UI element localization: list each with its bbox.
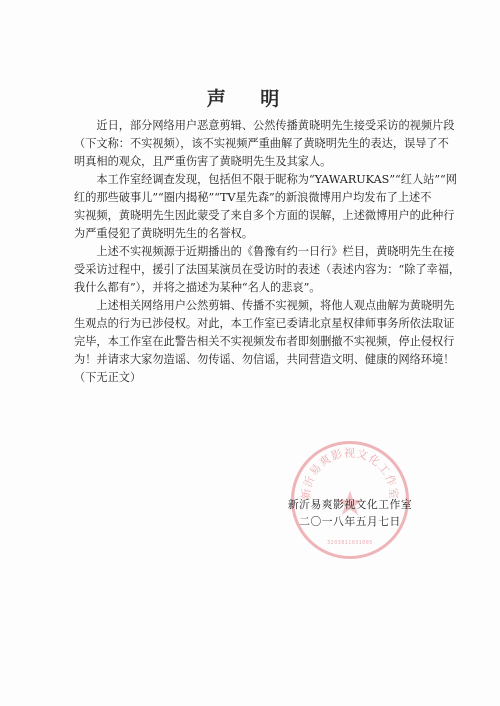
text-line: 明真相的观众，且严重伤害了黄晓明先生及其家人。 bbox=[74, 153, 432, 171]
text-line: 实视频，黄晓明先生因此蒙受了来自多个方面的误解，上述微博用户的此种行 bbox=[74, 207, 432, 225]
document-title: 声 明 bbox=[0, 84, 500, 111]
text-line: 为严重侵犯了黄晓明先生的名誉权。 bbox=[74, 225, 432, 243]
signature-organization: 新沂易爽影视文化工作室 bbox=[280, 497, 420, 512]
paragraph-3: 上述不实视频源于近期播出的《鲁豫有约一日行》栏目，黄晓明先生在接 受采访过程中，… bbox=[74, 243, 432, 297]
text-line: 生观点的行为已涉侵权。对此，本工作室已委请北京星权律师事务所依法取证 bbox=[74, 315, 432, 333]
end-of-text-note: （下无正文） bbox=[74, 369, 432, 387]
text-line: 受采访过程中，援引了法国某演员在受访时的表述（表述内容为：“除了幸福， bbox=[74, 261, 432, 279]
text-line: 本工作室经调查发现，包括但不限于昵称为“YAWARUKAS”“红人站”“网 bbox=[74, 171, 432, 189]
text-line: 红的那些破事儿”“圈内揭秘”“TV星先森”的新浪微博用户均发布了上述不 bbox=[74, 189, 432, 207]
paragraph-2: 本工作室经调查发现，包括但不限于昵称为“YAWARUKAS”“红人站”“网 红的… bbox=[74, 171, 432, 243]
paragraph-4: 上述相关网络用户公然剪辑、传播不实视频，将他人观点曲解为黄晓明先 生观点的行为已… bbox=[74, 297, 432, 369]
text-line: 上述相关网络用户公然剪辑、传播不实视频，将他人观点曲解为黄晓明先 bbox=[74, 297, 432, 315]
text-line: （下无正文） bbox=[74, 369, 432, 387]
text-line: 完毕，本工作室在此警告相关不实视频发布者即刻删撤不实视频，停止侵权行 bbox=[74, 333, 432, 351]
text-line: 我什么都有”），并将之描述为某种“名人的悲哀”。 bbox=[74, 279, 432, 297]
seal-code: 3203811031005 bbox=[294, 540, 406, 546]
document-page: 声 明 近日，部分网络用户恶意剪辑、公然传播黄晓明先生接受采访的视频片段 （下文… bbox=[0, 0, 500, 706]
paragraph-1: 近日，部分网络用户恶意剪辑、公然传播黄晓明先生接受采访的视频片段 （下文称：不实… bbox=[74, 117, 432, 171]
text-line: 上述不实视频源于近期播出的《鲁豫有约一日行》栏目，黄晓明先生在接 bbox=[74, 243, 432, 261]
text-line: 近日，部分网络用户恶意剪辑、公然传播黄晓明先生接受采访的视频片段 bbox=[74, 117, 432, 135]
document-body: 近日，部分网络用户恶意剪辑、公然传播黄晓明先生接受采访的视频片段 （下文称：不实… bbox=[74, 117, 432, 387]
signature-date: 二〇一八年五月七日 bbox=[280, 514, 420, 529]
text-line: （下文称：不实视频），该不实视频严重曲解了黄晓明先生的表达，误导了不 bbox=[74, 135, 432, 153]
text-line: 为！并请求大家勿造谣、勿传谣、勿信谣，共同营造文明、健康的网络环境！ bbox=[74, 351, 432, 369]
